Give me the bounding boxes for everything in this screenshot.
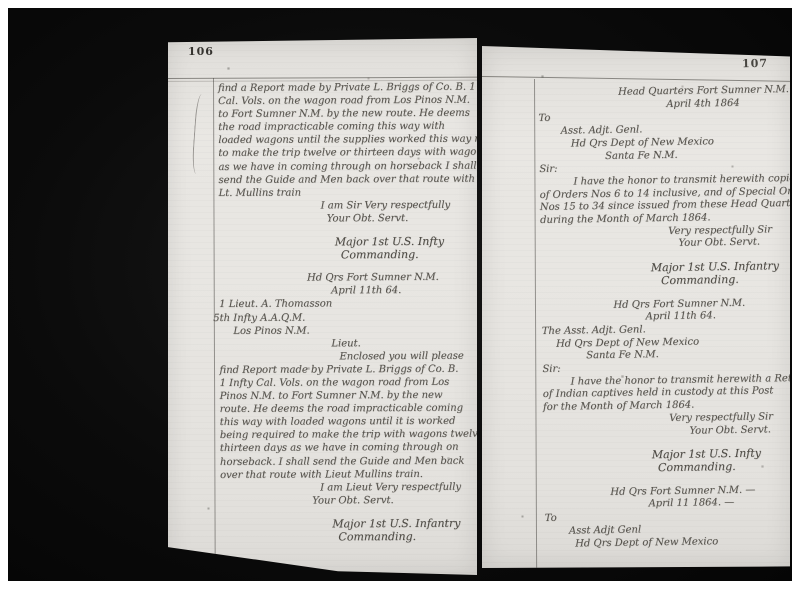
signature-line: Commanding. — [341, 248, 477, 262]
page-number-left: 106 — [188, 45, 214, 58]
handwritten-line: as we have in coming through on horsebac… — [218, 159, 476, 173]
handwritten-line: thirteen days as we have in coming throu… — [220, 441, 478, 455]
closing-line: Your Obt. Servt. — [312, 493, 478, 507]
handwritten-line: send the Guide and Men back over that ro… — [218, 172, 476, 186]
signature-line: Commanding. — [338, 530, 478, 544]
address-line: Los Pinos N.M. — [233, 323, 477, 337]
address-line: 1 Lieut. A. Thomasson — [219, 297, 477, 311]
handwritten-line: find a Report made by Private L. Briggs … — [218, 81, 476, 95]
handwritten-line: over that route with Lieut Mullins train… — [220, 467, 478, 481]
letterhead-line: Head Quarters Fort Sumner N.M. — [618, 84, 788, 99]
closing-line: Your Obt. Servt. — [327, 212, 477, 226]
closing-line: Very respectfully Sir — [668, 224, 790, 239]
signature-line: Major 1st U.S. Infantry — [332, 517, 478, 531]
dateline: Hd Qrs Fort Sumner N.M. — [307, 271, 477, 285]
scan-noise — [482, 46, 483, 47]
handwritten-line: this way with loaded wagons until it is … — [220, 415, 478, 429]
handwritten-line: horseback. I shall send the Guide and Me… — [220, 454, 478, 468]
address-line: Hd Qrs Dept of New Mexico — [575, 535, 795, 551]
ledger-page-right: 107 Head Quarters Fort Sumner N.M. April… — [482, 46, 790, 568]
handwritten-line: Lt. Mullins train — [219, 185, 477, 199]
handwritten-letter-text: find a Report made by Private L. Briggs … — [218, 81, 478, 544]
closing-line: I am Sir Very respectfully — [321, 198, 477, 212]
handwritten-line: 1 Infty Cal. Vols. on the wagon road fro… — [220, 376, 478, 390]
handwritten-line: to Fort Sumner N.M. by the new route. He… — [218, 107, 476, 121]
handwritten-line: Enclosed you will please — [339, 349, 477, 363]
handwritten-line: to make the trip twelve or thirteen days… — [218, 146, 476, 160]
handwritten-line: find Report made by Private L. Briggs of… — [219, 363, 477, 377]
handwritten-line: loaded wagons until the supplies worked … — [218, 133, 476, 147]
margin-rule-line — [213, 78, 216, 575]
top-rule-line — [168, 77, 477, 79]
salutation-line: Lieut. — [331, 336, 477, 350]
handwritten-line: route. He deems the road impracticable c… — [220, 402, 478, 416]
page-number-right: 107 — [742, 57, 768, 70]
handwritten-line: being required to make the trip with wag… — [220, 428, 478, 442]
address-line: 5th Infty A.A.Q.M. — [213, 310, 477, 324]
handwritten-line: Pinos N.M. to Fort Sumner N.M. by the ne… — [220, 389, 478, 403]
top-rule-line — [482, 76, 790, 82]
handwritten-line: the road impracticable coming this way w… — [218, 120, 476, 134]
signature-line: Major 1st U.S. Infty — [335, 235, 477, 249]
handwritten-line: Cal. Vols. on the wagon road from Los Pi… — [218, 94, 476, 108]
dateline: April 11th 64. — [331, 284, 477, 298]
margin-pen-stroke — [191, 94, 207, 175]
ledger-page-left: 106 find a Report made by Private L. Bri… — [168, 38, 477, 575]
margin-rule-line — [534, 79, 537, 568]
closing-line: I am Lieut Very respectfully — [320, 480, 478, 494]
handwritten-letter-text: Head Quarters Fort Sumner N.M. April 4th… — [538, 84, 795, 551]
